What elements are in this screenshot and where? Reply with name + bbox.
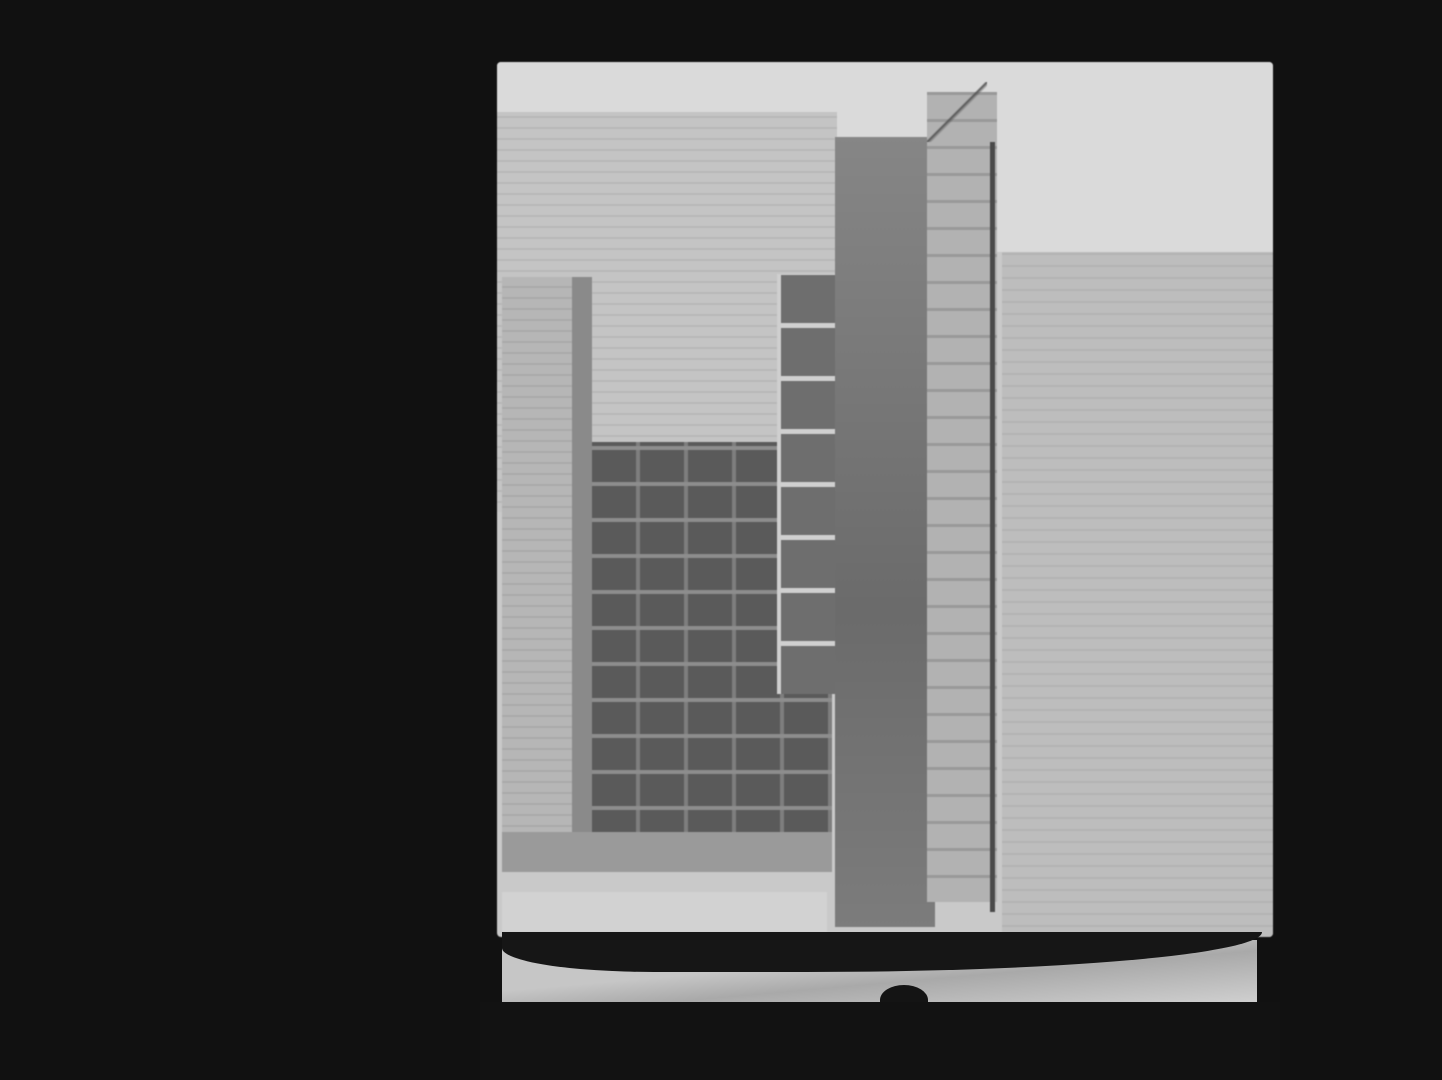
right-brick-wall [1002,252,1273,937]
left-wing-shadow-edge [572,277,592,847]
ledge-shadow [502,832,832,872]
ladder-window-column [777,274,839,694]
tower-roof-edge [927,82,987,142]
downpipe [990,142,995,912]
window-view [497,62,1273,937]
light-ledge-band [502,892,827,932]
tower [835,137,935,927]
tower-side-wall [927,92,997,902]
frame-bottom [480,1002,1280,1080]
